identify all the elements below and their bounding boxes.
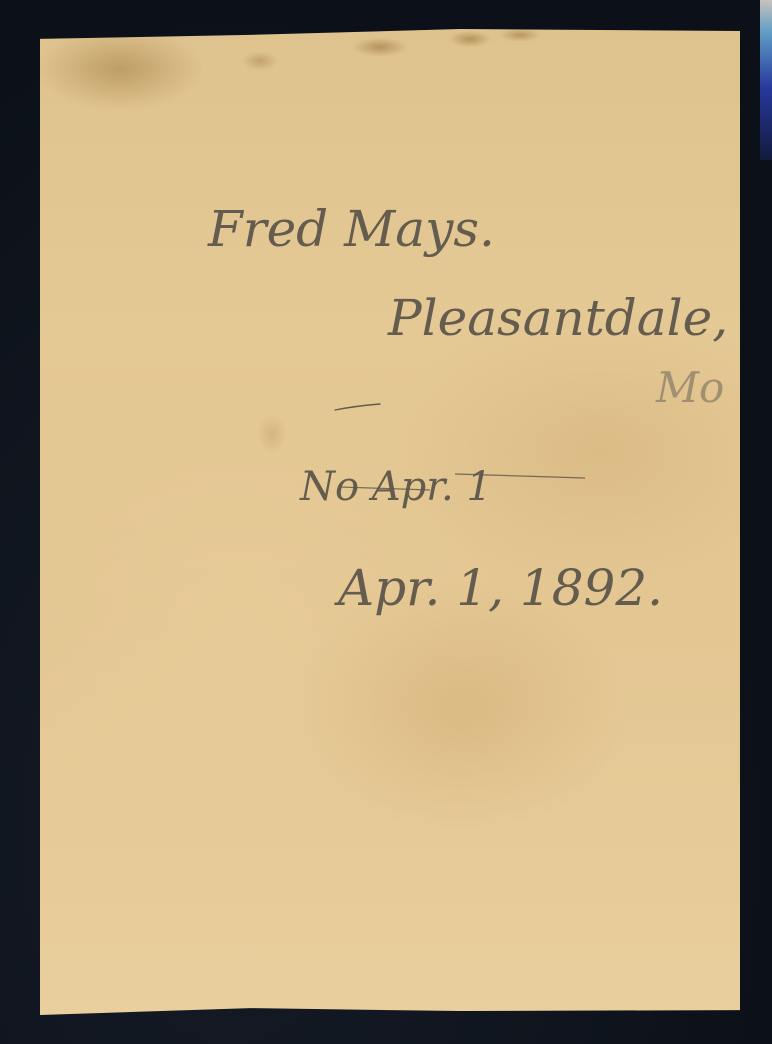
struck-through-entry: No Apr. 1 xyxy=(299,464,585,510)
stray-pencil-mark xyxy=(335,404,380,410)
handwritten-date: Apr. 1, 1892. xyxy=(334,559,663,617)
handwritten-state-abbrev: Mo xyxy=(655,363,724,412)
struck-through-text: No Apr. 1 xyxy=(299,464,492,510)
handwriting-layer: Fred Mays. Pleasantdale, Mo No Apr. 1 Ap… xyxy=(0,0,772,1044)
handwritten-name: Fred Mays. xyxy=(207,200,495,258)
scan-background: Fred Mays. Pleasantdale, Mo No Apr. 1 Ap… xyxy=(0,0,772,1044)
handwritten-place: Pleasantdale, xyxy=(387,289,728,347)
